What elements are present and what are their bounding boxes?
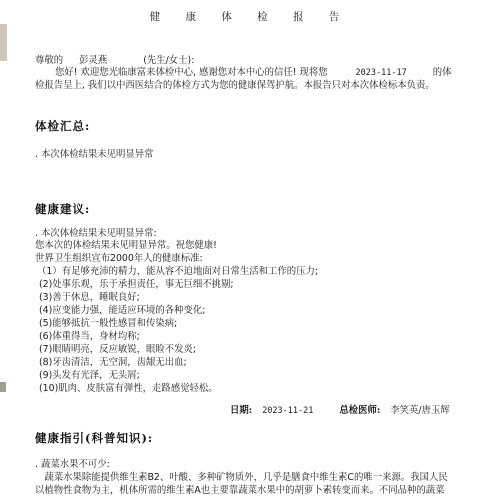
exam-date: 2023-11-17: [356, 68, 407, 78]
advice-line: (7)眼睛明亮，反应敏锐，眼睑不发炎;: [39, 344, 196, 356]
salutation: 尊敬的: [35, 55, 63, 66]
greeting-line: 尊敬的 彭灵燕 (先生/女士):: [35, 55, 194, 67]
doctor-names: 李笑英/唐玉辉: [390, 405, 449, 416]
side-tab-upper: [0, 24, 7, 61]
date-label: 日期:: [230, 405, 252, 416]
summary-heading: 体检汇总:: [35, 118, 90, 134]
guide-heading: 健康指引(科普知识):: [35, 430, 153, 446]
signoff-line: 日期: 2023-11-21 总检医师: 李笑英/唐玉辉: [230, 405, 450, 417]
patient-name: 彭灵燕: [79, 55, 107, 66]
advice-line: 您本次的体检结果未见明显异常。祝您健康!: [35, 240, 217, 252]
summary-item: . 本次体检结果未见明显异常: [35, 149, 153, 161]
advice-line: (3)善于休息，睡眠良好;: [39, 292, 140, 304]
intro-text-end: 的体: [433, 67, 452, 78]
guide-line: 以植物性食物为主，机体所需的维生素A也主要靠蔬菜水果中的胡萝卜素转变而来。不同品…: [35, 485, 445, 497]
advice-line: (4)应变能力强，能适应环境的各种变化;: [39, 305, 205, 317]
advice-line: (2)处事乐观，乐于承担责任，事无巨细不挑剔;: [39, 279, 234, 291]
report-title: 健 康 体 检 报 告: [0, 9, 500, 24]
intro-text: 您好! 欢迎您光临康富来体检中心, 感谢您对本中心的信任! 现将您: [55, 67, 328, 78]
honorific: (先生/女士):: [143, 55, 194, 66]
advice-line: (10)肌肉、皮肤富有弹性，走路感觉轻松。: [39, 383, 218, 395]
intro-line-2: 检报告呈上, 我们以中西医结合的体检方式为您的健康保驾护航。本报告只对本次体检标…: [35, 80, 435, 92]
guide-line: 蔬菜水果除能提供维生素B2、叶酸、多种矿物质外，几乎是膳食中维生素C的唯一来源。…: [35, 472, 448, 484]
advice-line: (6)体重得当，身材均称;: [39, 331, 140, 343]
doctor-label: 总检医师:: [339, 405, 380, 416]
intro-line-1: 您好! 欢迎您光临康富来体检中心, 感谢您对本中心的信任! 现将您 2023-1…: [55, 67, 451, 79]
advice-line: (9)头发有光泽，无头屑;: [39, 370, 140, 382]
advice-line: 世界卫生组织宣布2000年人的健康标准:: [35, 253, 203, 265]
report-page: 健 康 体 检 报 告 尊敬的 彭灵燕 (先生/女士): 您好! 欢迎您光临康富…: [0, 0, 500, 500]
advice-line: (8)牙齿清洁，无空洞，齿龈无出血;: [39, 357, 187, 369]
guide-line: . 蔬菜水果不可少:: [35, 459, 110, 471]
report-date: 2023-11-21: [262, 406, 313, 416]
advice-line: . 本次体检结果未见明显异常:: [35, 228, 157, 240]
advice-line: (5)能够抵抗一般性感冒和传染病;: [39, 318, 177, 330]
advice-heading: 健康建议:: [35, 201, 90, 217]
side-tab-lower: [0, 382, 6, 392]
advice-line: （1）有足够充沛的精力，能从容不迫地面对日常生活和工作的压力;: [37, 266, 318, 278]
